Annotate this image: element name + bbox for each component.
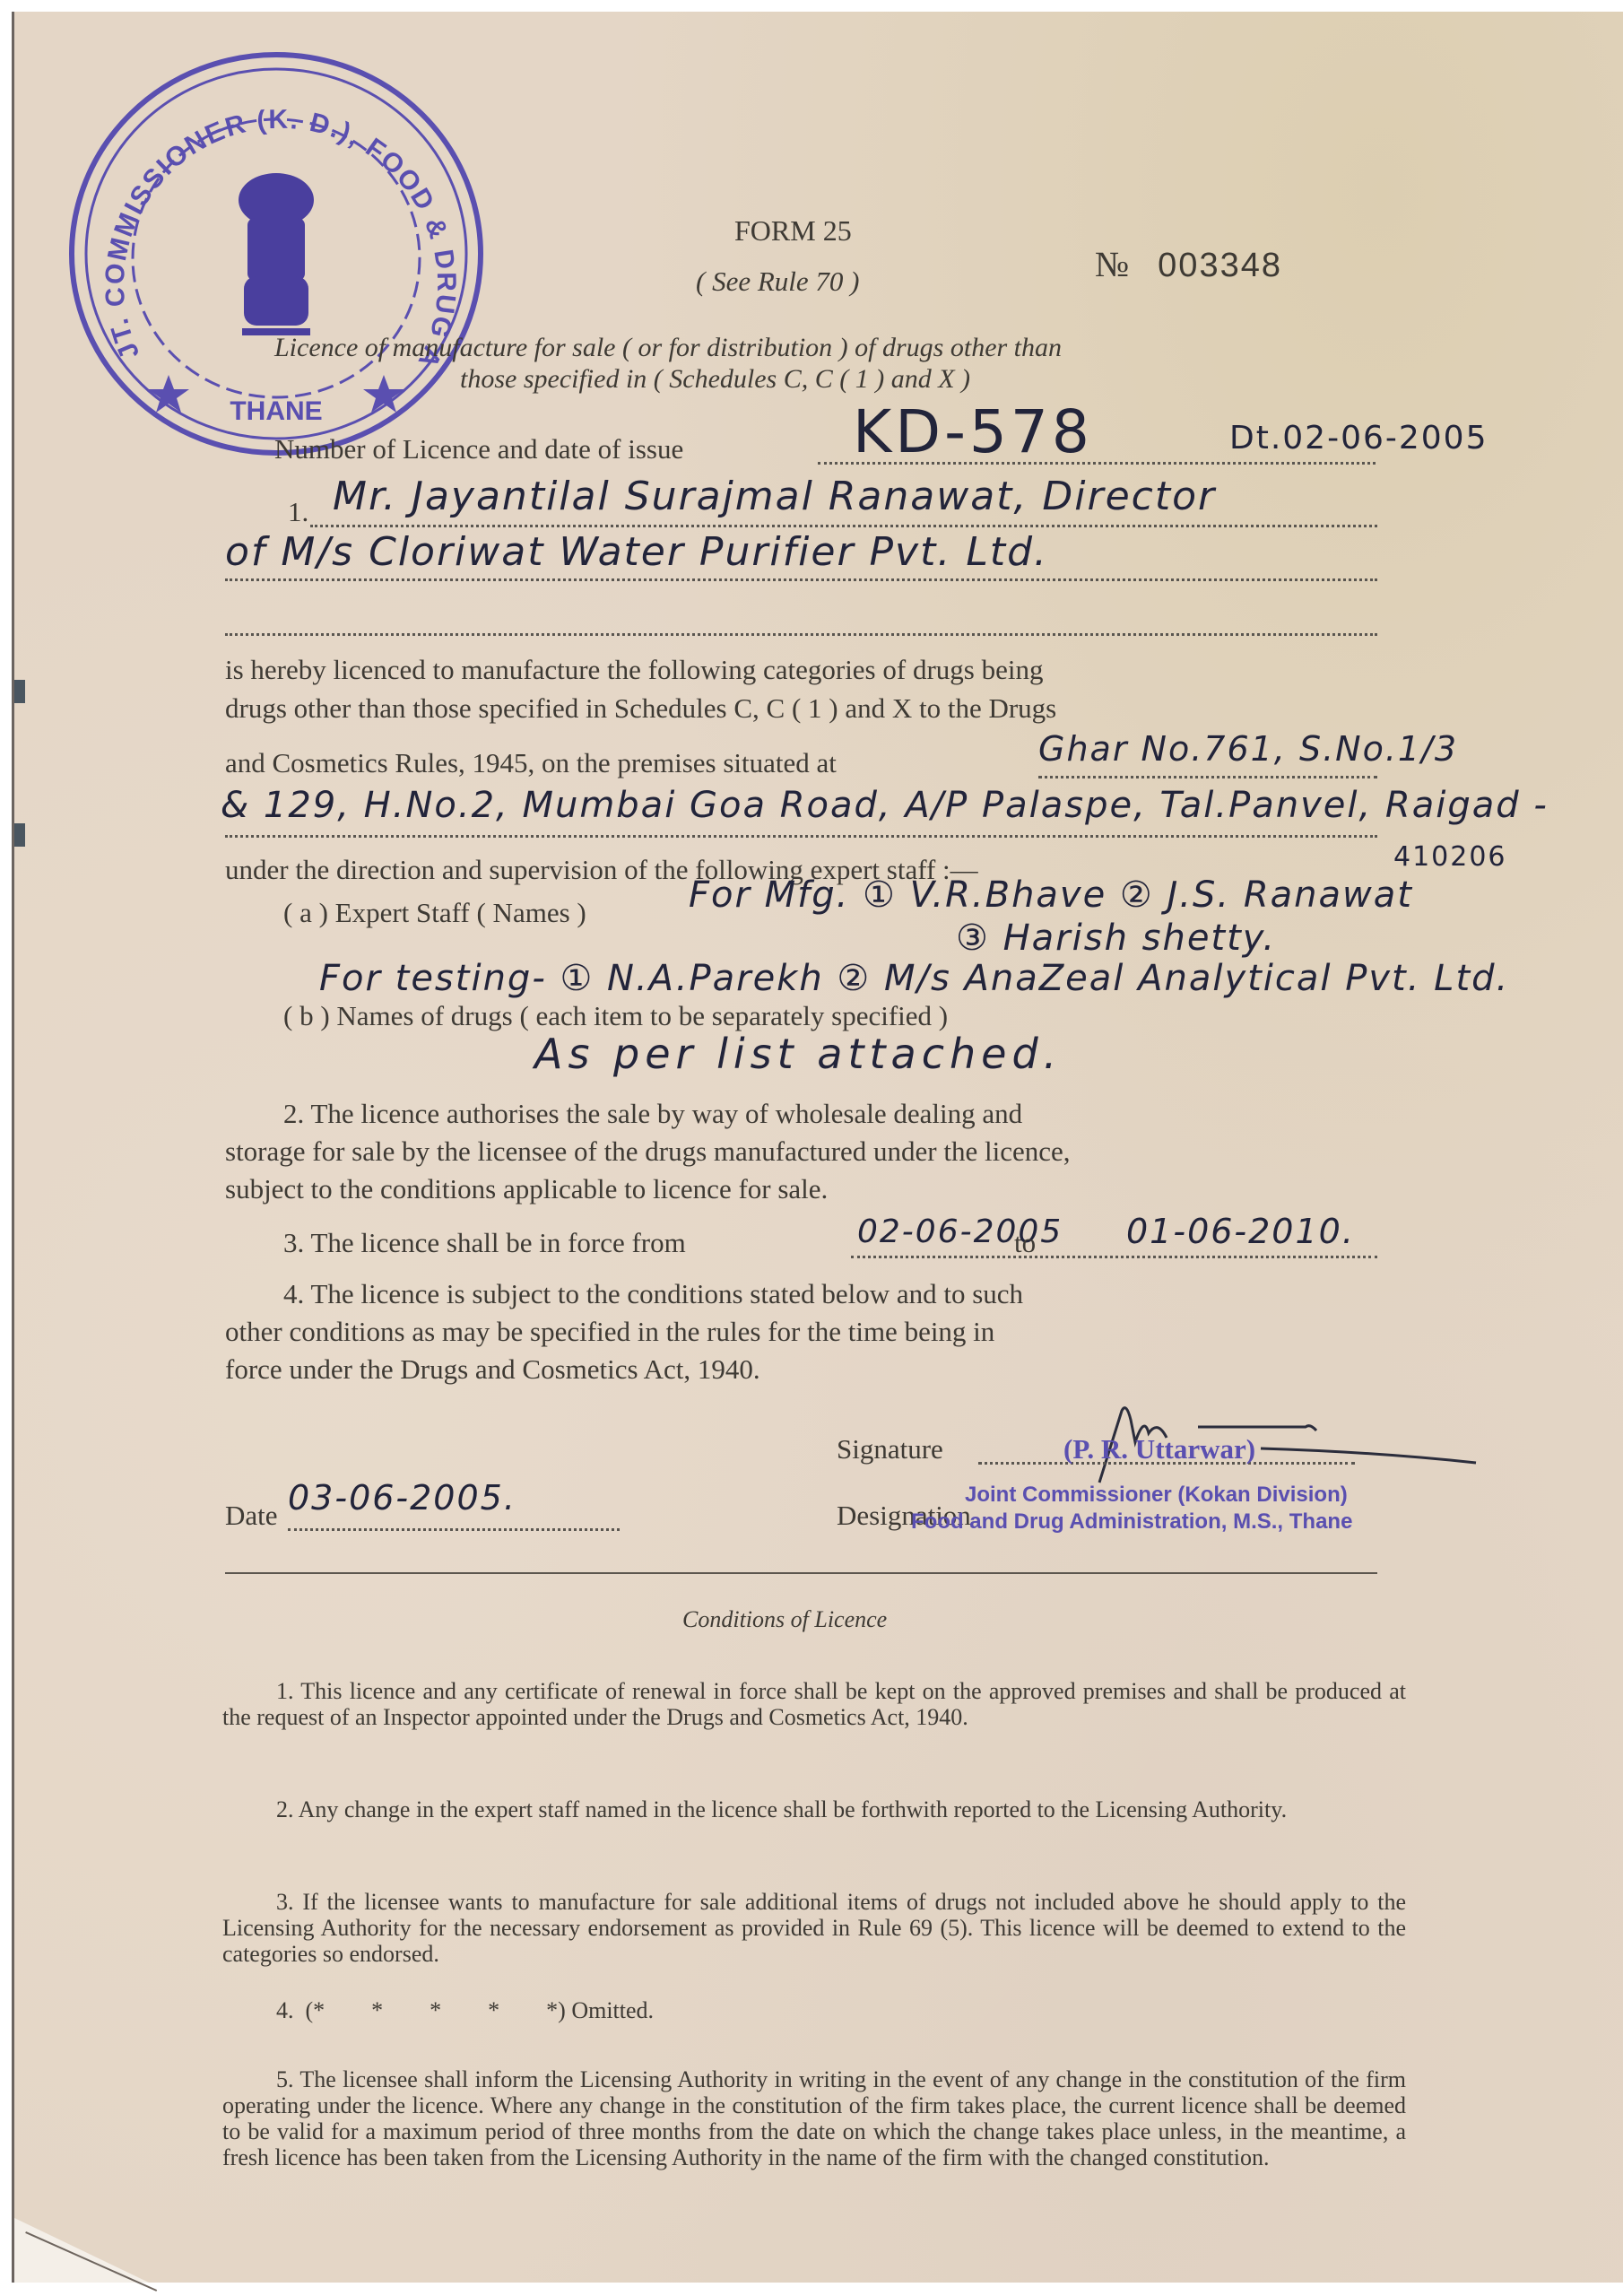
licensee-dotted-line-1 xyxy=(310,525,1377,527)
serial-number-symbol: № xyxy=(1095,244,1131,284)
premises-address-line2: & 129, H.No.2, Mumbai Goa Road, A/P Pala… xyxy=(221,785,1549,826)
serial-number-value: 003348 xyxy=(1158,247,1282,284)
validity-to-date: 01-06-2010. xyxy=(1126,1212,1355,1251)
licensee-dotted-line-2 xyxy=(225,578,1377,581)
licensee-dotted-line-3 xyxy=(225,633,1377,636)
validity-dotted-line xyxy=(851,1256,1377,1258)
signatory-name-stamp: (P. R. Uttarwar) xyxy=(1063,1433,1255,1465)
designation-stamp-line1: Joint Commissioner (Kokan Division) xyxy=(965,1483,1348,1508)
designation-stamp-line2: Food and Drug Administration, M.S., Than… xyxy=(911,1509,1352,1535)
date-value: 03-06-2005. xyxy=(288,1478,516,1518)
item-1-number: 1. xyxy=(288,494,308,530)
premises-pincode: 410206 xyxy=(1393,841,1507,873)
date-dotted-line xyxy=(288,1528,620,1531)
expert-staff-label: ( a ) Expert Staff ( Names ) xyxy=(283,895,586,931)
signature-label: Signature xyxy=(837,1431,943,1467)
drug-names-label: ( b ) Names of drugs ( each item to be s… xyxy=(283,998,948,1034)
premises-dotted-line-2 xyxy=(225,835,1377,838)
seal-bottom-text: THANE xyxy=(230,396,322,426)
hereby-text-line2: drugs other than those specified in Sche… xyxy=(225,691,1056,726)
licensee-name: Mr. Jayantilal Surajmal Ranawat, Directo… xyxy=(333,474,1216,519)
clause-4-line3: force under the Drugs and Cosmetics Act,… xyxy=(225,1352,760,1387)
validity-to-label: to xyxy=(1014,1225,1036,1261)
licence-number-value: KD-578 xyxy=(853,397,1093,466)
condition-2: 2. Any change in the expert staff named … xyxy=(222,1796,1406,1822)
licence-issue-date: Dt.02-06-2005 xyxy=(1229,420,1488,457)
date-label: Date xyxy=(225,1498,278,1534)
expert-staff-mfg-3: ③ Harish shetty. xyxy=(956,918,1276,959)
condition-5: 5. The licensee shall inform the Licensi… xyxy=(222,2066,1406,2170)
licence-document-page: JT. COMMISSIONER (K. D.), FOOD & DRUG AD… xyxy=(12,12,1623,2283)
conditions-heading: Conditions of Licence xyxy=(682,1606,887,1633)
condition-4: 4. (* * * * *) Omitted. xyxy=(276,1997,654,2023)
condition-1: 1. This licence and any certificate of r… xyxy=(222,1678,1406,1730)
folded-corner xyxy=(14,2218,149,2283)
licensee-company: of M/s Cloriwat Water Purifier Pvt. Ltd. xyxy=(225,529,1048,575)
clause-3-label: 3. The licence shall be in force from xyxy=(283,1225,686,1261)
form-subtitle-line1: Licence of manufacture for sale ( or for… xyxy=(274,333,1062,363)
serial-number: № 003348 xyxy=(1095,243,1282,285)
condition-3: 3. If the licensee wants to manufacture … xyxy=(222,1889,1406,1967)
drug-names-value: As per list attached. xyxy=(534,1030,1062,1078)
premises-address-line1: Ghar No.761, S.No.1/3 xyxy=(1038,729,1458,769)
clause-2-line1: 2. The licence authorises the sale by wa… xyxy=(283,1096,1022,1132)
licence-number-label: Number of Licence and date of issue xyxy=(274,431,683,467)
clause-2-line3: subject to the conditions applicable to … xyxy=(225,1171,828,1207)
clause-2-line2: storage for sale by the licensee of the … xyxy=(225,1134,1071,1170)
binding-mark xyxy=(14,823,25,847)
clause-4-line2: other conditions as may be specified in … xyxy=(225,1314,994,1350)
premises-label: and Cosmetics Rules, 1945, on the premis… xyxy=(225,745,837,781)
form-title: FORM 25 xyxy=(734,214,852,248)
clause-4-line1: 4. The licence is subject to the conditi… xyxy=(283,1276,1023,1312)
section-divider xyxy=(225,1572,1377,1574)
expert-staff-testing: For testing- ① N.A.Parekh ② M/s AnaZeal … xyxy=(319,958,1509,999)
form-subtitle-line2: those specified in ( Schedules C, C ( 1 … xyxy=(460,364,970,395)
rule-reference: ( See Rule 70 ) xyxy=(696,265,859,298)
premises-dotted-line-1 xyxy=(1038,776,1377,778)
binding-mark xyxy=(14,680,25,703)
expert-staff-mfg: For Mfg. ① V.R.Bhave ② J.S. Ranawat xyxy=(689,874,1413,916)
hereby-text-line1: is hereby licenced to manufacture the fo… xyxy=(225,652,1043,688)
official-seal-stamp: JT. COMMISSIONER (K. D.), FOOD & DRUG AD… xyxy=(61,43,491,465)
state-emblem-icon xyxy=(239,173,314,335)
